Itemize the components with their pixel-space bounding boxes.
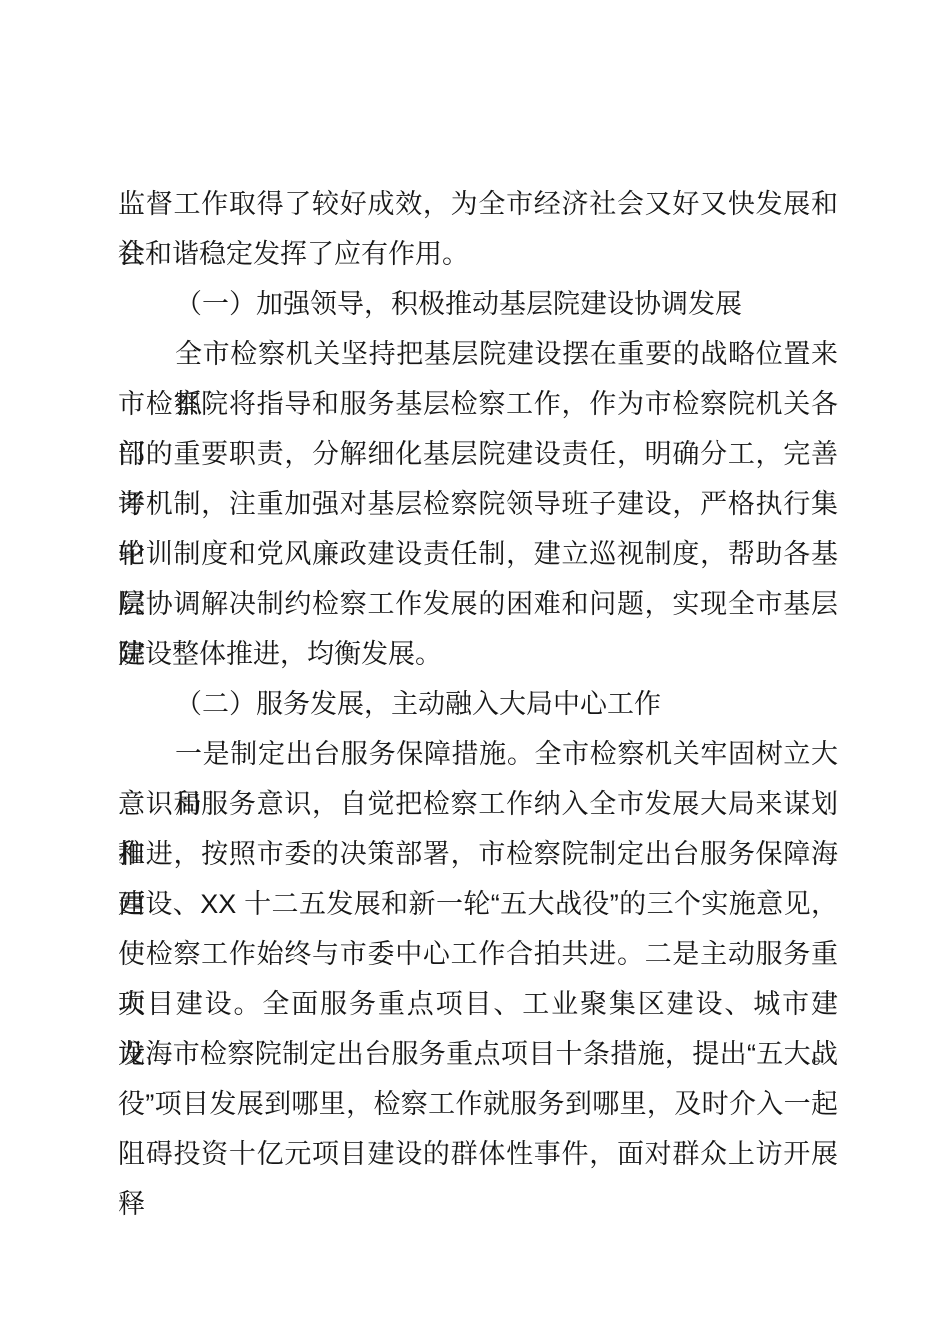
text-line: 推进，按照市委的决策部署，市检察院制定出台服务保障海西 [118, 829, 838, 879]
text-line: 项目建设。全面服务重点项目、工业聚集区建设、城市建设。 [118, 979, 838, 1029]
text-line: 龙海市检察院制定出台服务重点项目十条措施，提出“五大战 [118, 1029, 838, 1079]
text-line: 役”项目发展到哪里，检察工作就服务到哪里，及时介入一起 [118, 1079, 838, 1129]
text-line: 院协调解决制约检察工作发展的困难和问题，实现全市基层院 [118, 579, 838, 629]
text-line: 门的重要职责，分解细化基层院建设责任，明确分工，完善考 [118, 429, 838, 479]
text-line: 使检察工作始终与市委中心工作合拍共进。二是主动服务重大 [118, 929, 838, 979]
section-heading-2: （二）服务发展，主动融入大局中心工作 [118, 679, 838, 729]
text-line: 监督工作取得了较好成效，为全市经济社会又好又快发展和社 [118, 179, 838, 229]
document-page: 监督工作取得了较好成效，为全市经济社会又好又快发展和社 会和谐稳定发挥了应有作用… [0, 0, 950, 1344]
text-line: 阻碍投资十亿元项目建设的群体性事件，面对群众上访开展释 [118, 1129, 838, 1179]
text-line: 一是制定出台服务保障措施。全市检察机关牢固树立大局 [118, 729, 838, 779]
text-line: 建设、XX 十二五发展和新一轮“五大战役”的三个实施意见， [118, 879, 838, 929]
text-line: 评机制，注重加强对基层检察院领导班子建设，严格执行集中 [118, 479, 838, 529]
text-line: 市检察院将指导和服务基层检察工作，作为市检察院机关各部 [118, 379, 838, 429]
text-line: 轮训制度和党风廉政建设责任制，建立巡视制度，帮助各基层 [118, 529, 838, 579]
document-text-block: 监督工作取得了较好成效，为全市经济社会又好又快发展和社 会和谐稳定发挥了应有作用… [118, 179, 838, 1179]
text-line: 建设整体推进，均衡发展。 [118, 629, 838, 679]
text-line: 意识和服务意识，自觉把检察工作纳入全市发展大局来谋划和 [118, 779, 838, 829]
section-heading-1: （一）加强领导，积极推动基层院建设协调发展 [118, 279, 838, 329]
text-line: 全市检察机关坚持把基层院建设摆在重要的战略位置来抓 [118, 329, 838, 379]
text-line: 会和谐稳定发挥了应有作用。 [118, 229, 838, 279]
